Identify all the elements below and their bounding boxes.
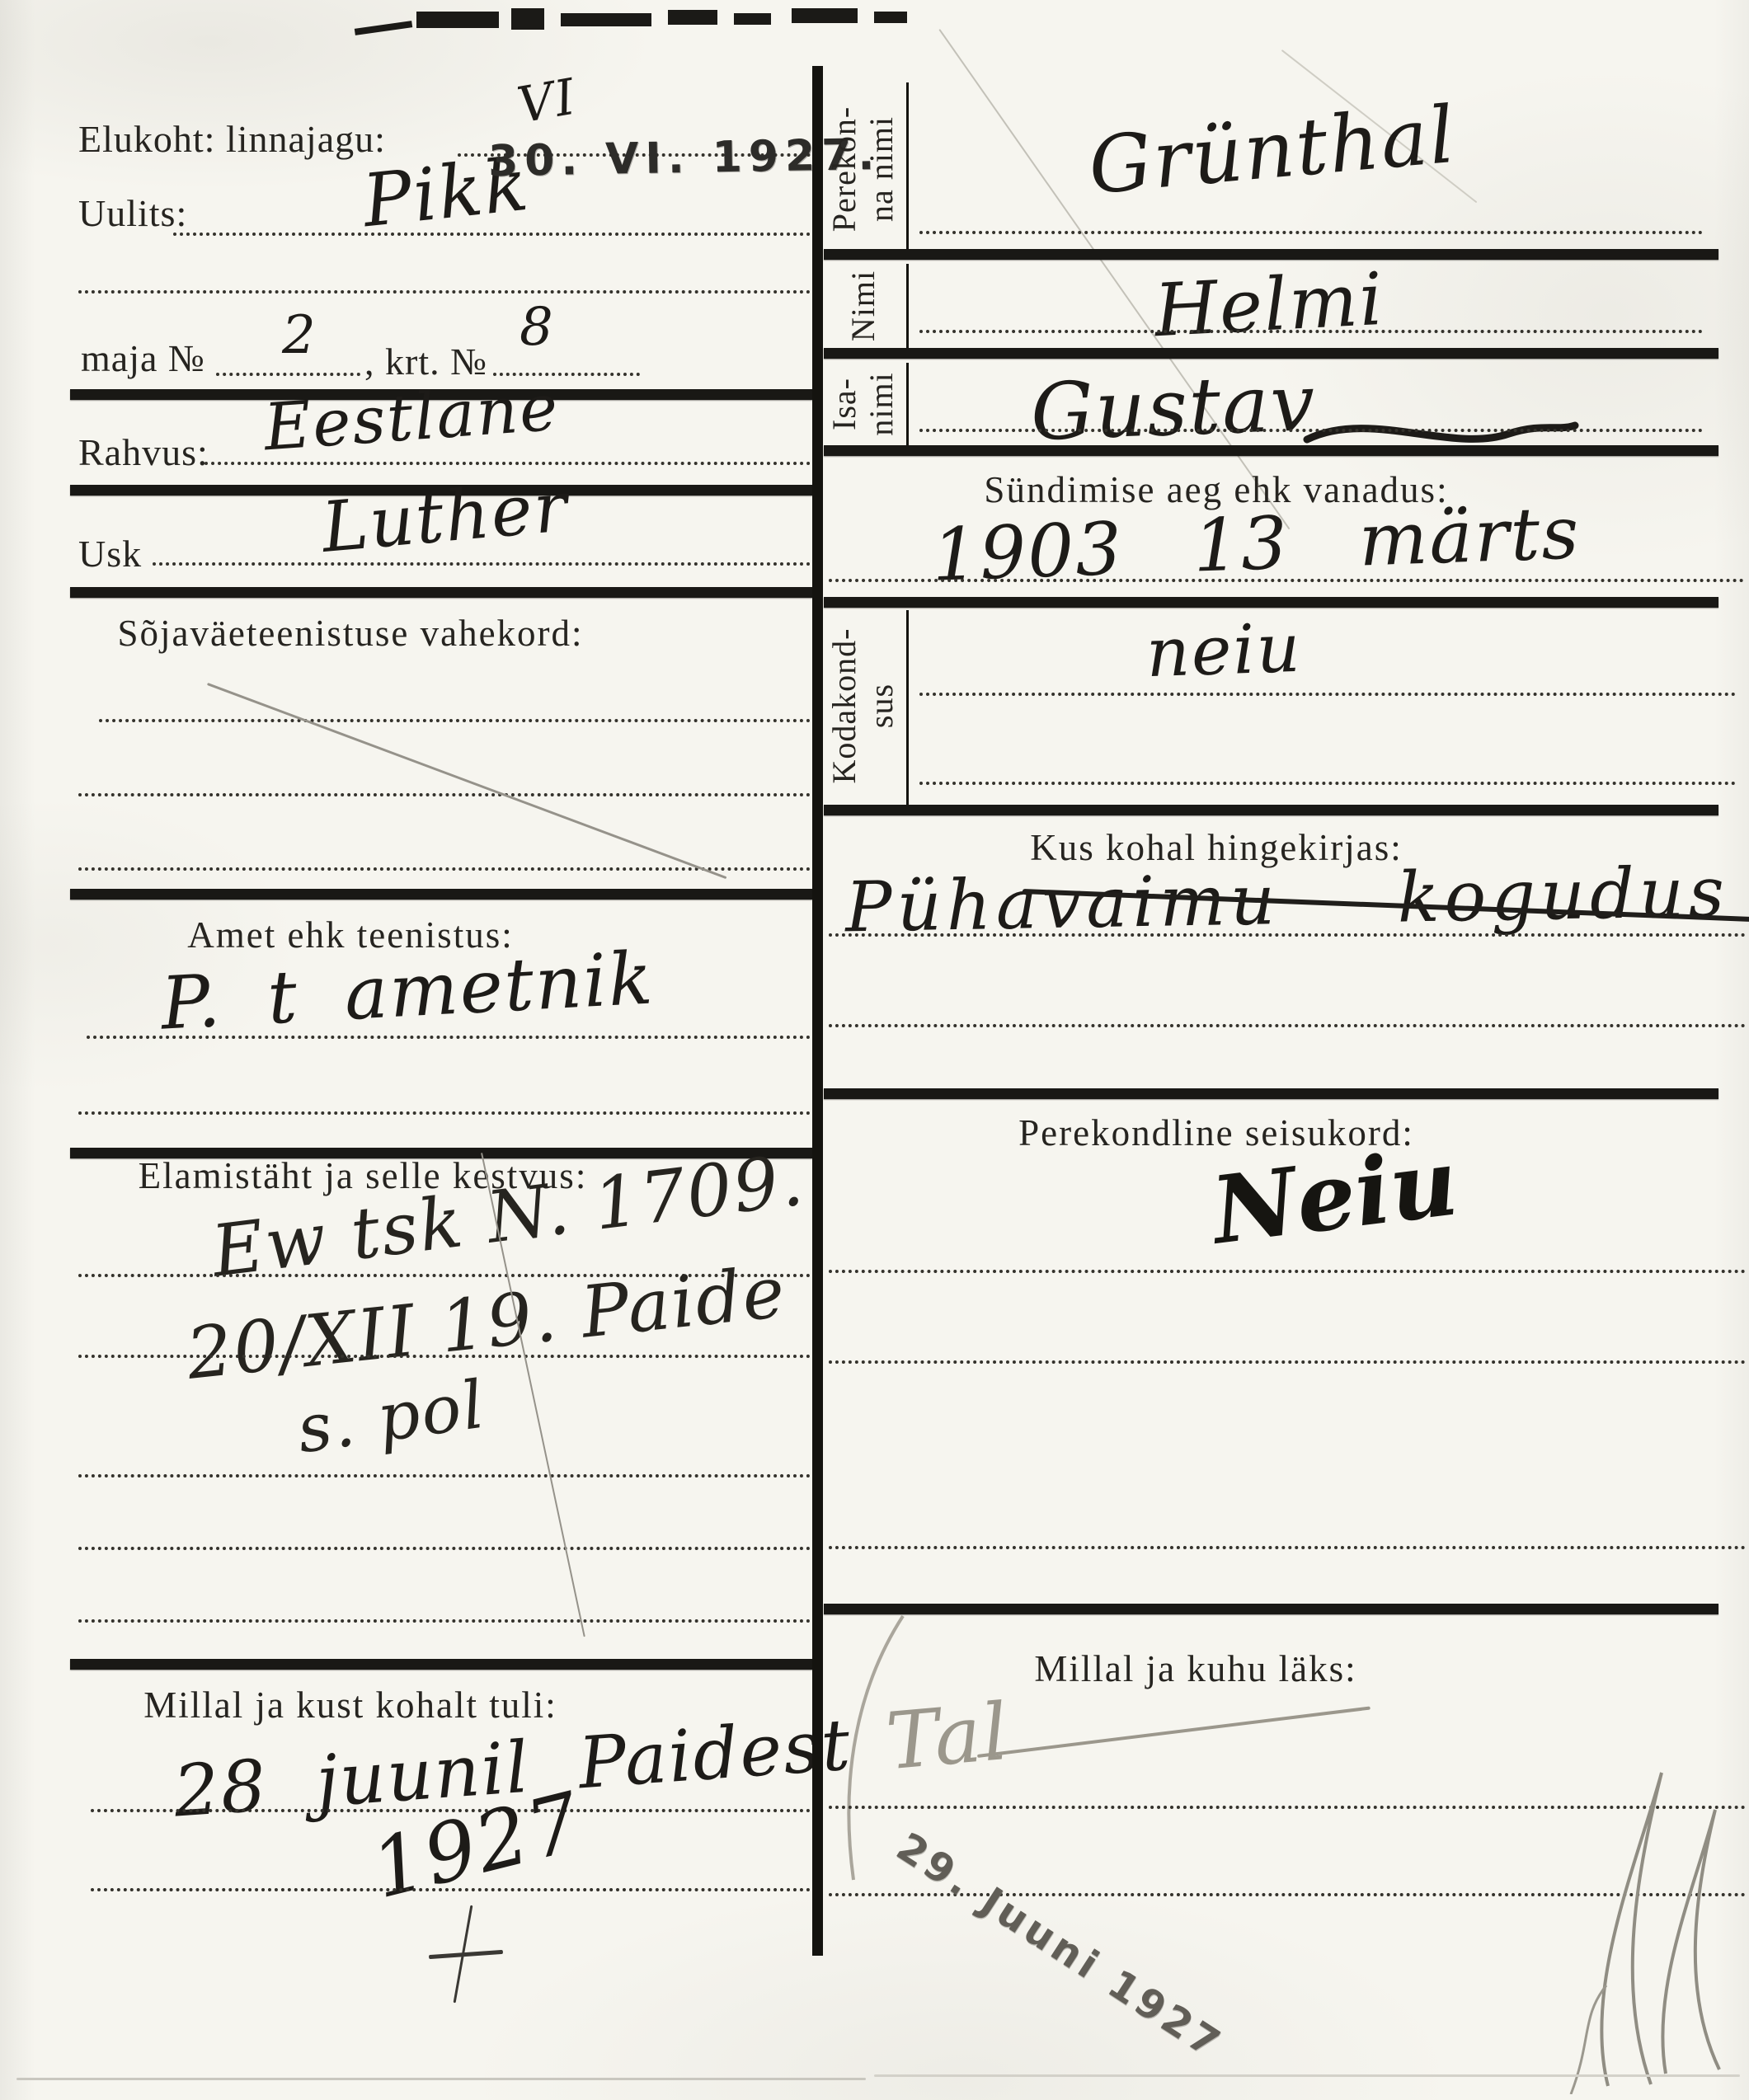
scan-artifact-top <box>511 8 544 30</box>
section-bar <box>824 445 1718 456</box>
occupation-line <box>87 1036 811 1039</box>
label-divider <box>906 363 909 447</box>
scan-artifact-top <box>792 8 858 23</box>
section-bar <box>824 348 1718 359</box>
pencil-stroke <box>977 1707 1371 1758</box>
blank-line <box>78 1474 811 1478</box>
blank-line <box>829 1546 1746 1549</box>
fathername-label: Isa- nimi <box>824 326 903 482</box>
section-bar <box>824 1604 1718 1614</box>
pen-flourish <box>1303 402 1583 468</box>
departure-header: Millal ja kuhu läks: <box>825 1647 1567 1690</box>
citizenship-label-line1: Kodakond- <box>826 628 863 784</box>
pencil-stroke <box>207 683 726 879</box>
scan-artifact-top <box>734 13 771 25</box>
column-divider <box>812 66 823 1956</box>
blank-line <box>78 1111 811 1115</box>
fathername-label-line1: Isa- <box>826 378 863 430</box>
scan-edge-line <box>16 2078 866 2080</box>
rahvus-value: Eestlane <box>261 371 562 466</box>
elukoht-label: Elukoht: linnajagu: <box>78 117 386 161</box>
scan-artifact-top <box>416 12 499 28</box>
parish-register-line <box>829 933 1746 937</box>
uulits-label: Uulits: <box>78 191 187 235</box>
section-bar <box>824 597 1718 608</box>
blank-line <box>99 719 811 722</box>
surname-label: Perekon- na nimi <box>824 82 903 256</box>
surname-value: Grünthal <box>1085 90 1460 212</box>
blank-line <box>78 1547 811 1550</box>
scan-edge-line <box>874 2074 1740 2077</box>
label-divider <box>906 610 909 810</box>
usk-label: Usk <box>78 532 142 576</box>
usk-line <box>153 562 811 566</box>
maja-value: 2 <box>282 305 317 366</box>
scan-artifact-top <box>668 10 717 25</box>
scan-artifact-top <box>561 13 651 26</box>
firstname-value: Helmi <box>1152 256 1386 353</box>
krt-value: 8 <box>520 297 555 358</box>
fathername-line <box>919 429 1703 432</box>
line <box>91 1888 811 1891</box>
rahvus-label: Rahvus: <box>78 430 209 474</box>
citizenship-line <box>919 693 1736 696</box>
marital-status-header: Perekondline seisukord: <box>825 1111 1608 1154</box>
blank-line <box>78 1619 811 1623</box>
citizenship-label-line2: sus <box>863 684 900 728</box>
pen-stroke <box>429 1950 503 1959</box>
blank-line <box>78 290 811 294</box>
blank-line <box>919 782 1736 785</box>
blank-line <box>829 1360 1746 1364</box>
usk-value: Luther <box>318 466 571 568</box>
scan-artifact-top <box>355 21 412 35</box>
maja-label: maja № <box>81 336 205 380</box>
section-bar <box>70 1659 812 1670</box>
label-divider <box>906 264 909 348</box>
citizenship-label: Kodakond- sus <box>824 599 903 813</box>
elukoht-value: VI <box>513 68 581 134</box>
military-service-header: Sõjaväeteenistuse vahekord: <box>0 612 701 655</box>
label-divider <box>906 82 909 257</box>
birthdate-line <box>829 579 1744 582</box>
surname-line <box>919 231 1703 234</box>
blank-line <box>78 793 811 796</box>
line <box>78 1355 811 1358</box>
fathername-value: Gustav <box>1029 358 1318 458</box>
pencil-signature <box>1559 1740 1748 2094</box>
section-bar <box>824 249 1718 260</box>
section-bar <box>70 587 812 598</box>
firstname-line <box>919 330 1703 333</box>
citizenship-value: neiu <box>1145 609 1303 693</box>
marital-status-line <box>829 1270 1746 1273</box>
section-bar <box>824 805 1718 815</box>
maja-line <box>216 373 360 376</box>
surname-label-line2: na nimi <box>863 116 900 222</box>
arrived-from-header: Millal ja kust kohalt tuli: <box>0 1684 701 1727</box>
departure-date-stamp: 29. Juuni 1927 <box>889 1824 1231 2069</box>
uulits-line <box>173 233 811 236</box>
fathername-label-line2: nimi <box>863 372 900 435</box>
surname-label-line1: Perekon- <box>826 106 863 232</box>
section-bar <box>824 1088 1718 1099</box>
section-bar <box>70 889 812 900</box>
registration-card: Elukoht: linnajagu: VI Uulits: Pikk 30. … <box>0 0 1749 2100</box>
scan-artifact-top <box>874 12 907 23</box>
blank-line <box>829 1024 1746 1027</box>
